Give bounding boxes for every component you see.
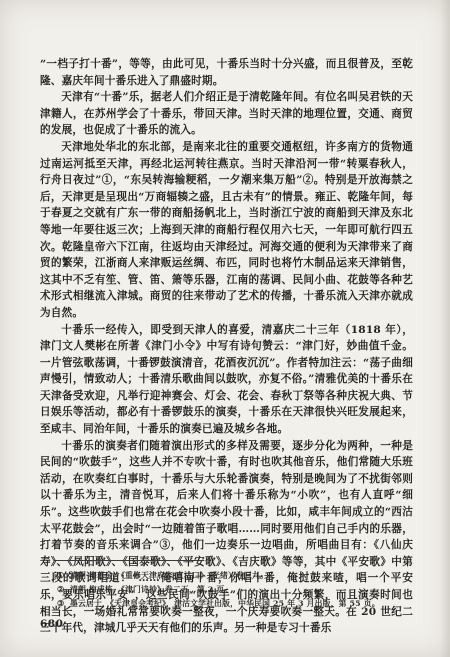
paragraph: 天津地处华北的东北部，是南来北往的重要交通枢纽，许多南方的货物通过南运河抵至天津…: [40, 139, 413, 322]
body-text: “一档子打十番”，等等，由此可见，十番乐当时十分兴盛，而且很普及，至乾隆、嘉庆年…: [40, 56, 413, 637]
footnote-separator-rule: [54, 560, 204, 561]
footnote-area: ①清朝·梅若金，《重修天津府志·直沽口》（光绪）卷三九。②清朝·梅成栋，《津门诗…: [40, 560, 413, 612]
footnote: ②清朝·梅成栋，《津门诗抄》卷二五，第 2 页。: [40, 583, 413, 596]
footnote-list: ①清朝·梅若金，《重修天津府志·直沽口》（光绪）卷三九。②清朝·梅成栋，《津门诗…: [40, 569, 413, 611]
footnote-marker: ③: [57, 597, 70, 610]
footnote-marker: ①: [57, 569, 70, 582]
paragraph: 天津有“十番”乐，据老人们介绍正是于清乾隆年间。有位名叫吴君铁的天津籍人，在苏州…: [40, 89, 413, 139]
paragraph: “一档子打十番”，等等，由此可见，十番乐当时十分兴盛，而且很普及，至乾隆、嘉庆年…: [40, 56, 413, 89]
scan-edge-shadow: [440, 0, 450, 657]
paragraph: 十番乐一经传入，即受到天津人的喜爱，清嘉庆二十三年（1818 年），津门文人樊彬…: [40, 322, 413, 438]
footnote: ③墨云居士，《天津皇会考纪》，津沽文学社出版，中华民国 25 年 3 月出版，第…: [40, 597, 413, 610]
footnote-marker: ②: [57, 583, 70, 596]
page-number: 680: [40, 618, 63, 630]
scanned-book-page: “一档子打十番”，等等，由此可见，十番乐当时十分兴盛，而且很普及，至乾隆、嘉庆年…: [0, 0, 450, 657]
footnote: ①清朝·梅若金，《重修天津府志·直沽口》（光绪）卷三九。: [40, 569, 413, 582]
